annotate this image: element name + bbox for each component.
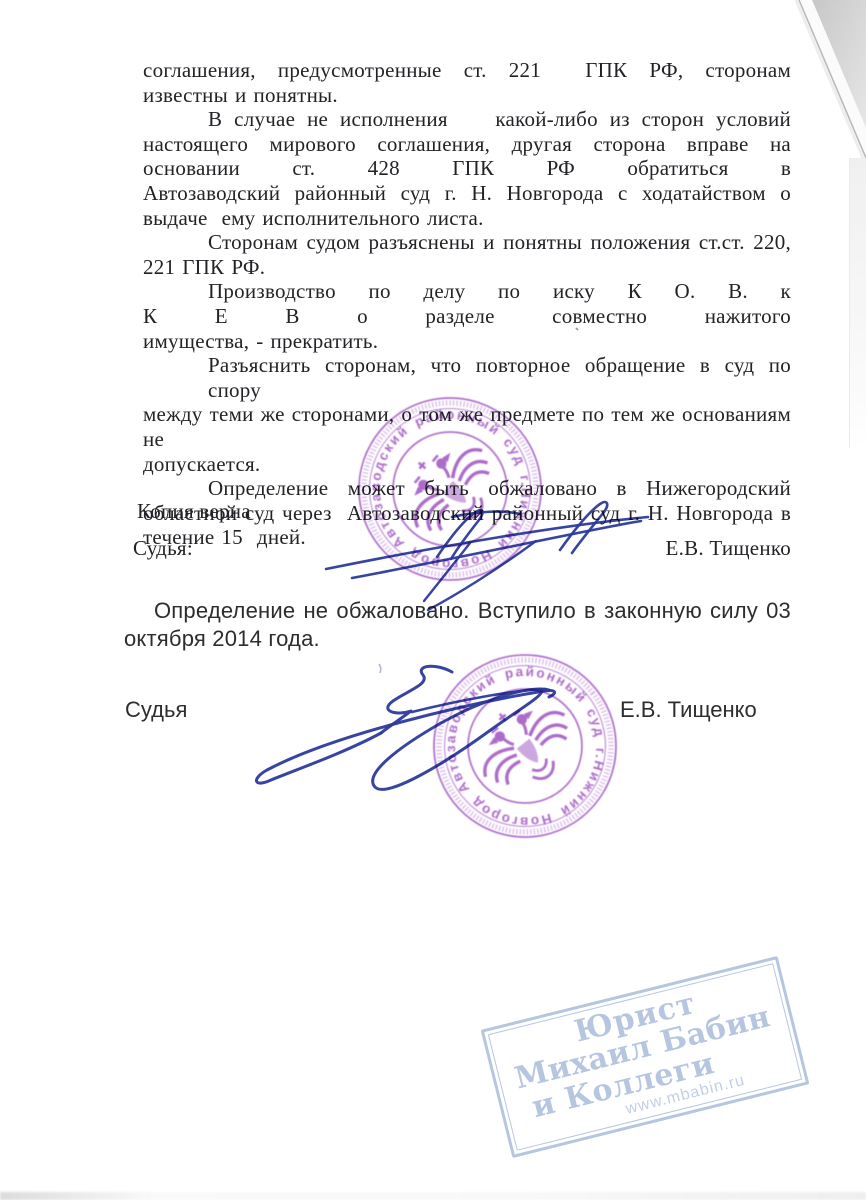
scanned-court-document-page: соглашения, предусмотренные ст. 221 ГПК … (0, 0, 866, 1200)
scan-bottom-edge (0, 1192, 866, 1200)
judge-signature-2 (256, 666, 554, 789)
page-fold-corner (0, 0, 866, 200)
ink-speck (379, 664, 381, 673)
ink-speck (576, 328, 578, 330)
judge-signature-1 (326, 502, 648, 610)
page-edge-shadow (849, 158, 866, 448)
